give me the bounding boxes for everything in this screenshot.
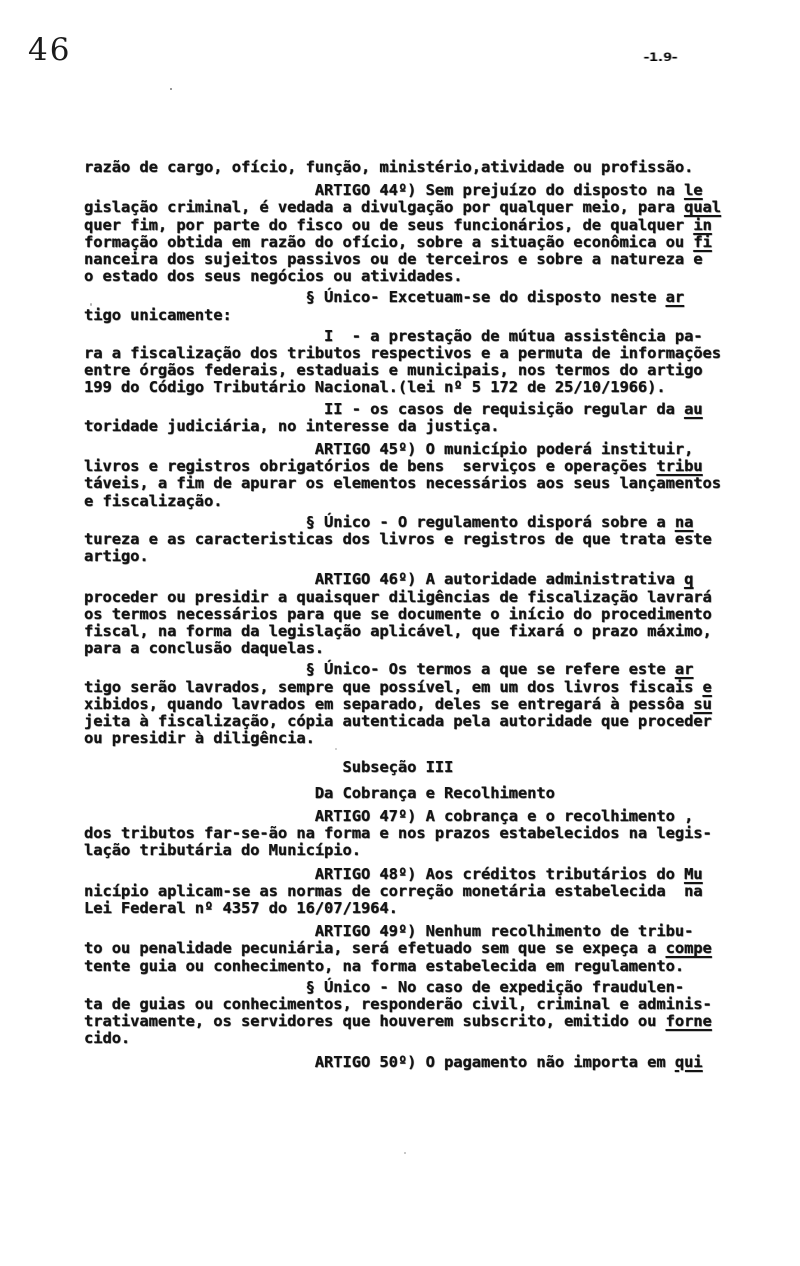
paragraph-sub: § Único- Excetuam-se do disposto neste a… [84,289,754,323]
hyphen-break-underline: q [684,570,693,588]
hyphen-break-underline: na [675,513,693,531]
text-line: razão de cargo, ofício, função, ministér… [84,159,754,176]
paragraph-text: razão de cargo, ofício, função, ministér… [84,159,754,176]
paragraph-article: ARTIGO 47º) A cobrança e o recolhimento … [84,808,754,860]
text-line: gislação criminal, é vedada a divulgação… [84,199,754,216]
paragraph-item: I - a prestação de mútua assistência pa-… [84,328,754,397]
scan-speck [404,1152,406,1154]
page-number: 46 [28,32,71,68]
text-line: 199 do Código Tributário Nacional.(lei n… [84,379,754,396]
text-line: dos tributos far-se-ão na forma e nos pr… [84,825,754,842]
scan-speck [90,303,92,306]
hyphen-break-underline: su [693,695,711,713]
text-line: Da Cobrança e Recolhimento [84,785,754,802]
text-line: entre órgãos federais, estaduais e munic… [84,362,754,379]
text-line: to ou penalidade pecuniária, será efetua… [84,940,754,957]
text-line: Subseção III [84,759,754,776]
text-line: ARTIGO 47º) A cobrança e o recolhimento … [84,808,754,825]
text-line: fiscal, na forma da legislação aplicável… [84,623,754,640]
scan-speck [170,88,172,90]
hyphen-break-underline: ar [666,288,684,306]
text-line: ARTIGO 44º) Sem prejuízo do disposto na … [84,182,754,199]
text-line: xibidos, quando lavrados em separado, de… [84,696,754,713]
hyphen-break-underline: compe [666,939,712,957]
typed-corner-page-mark: -1.9- [642,50,677,64]
text-line: cido. [84,1030,754,1047]
text-line: artigo. [84,548,754,565]
paragraph-item: II - os casos de requisição regular da a… [84,401,754,435]
hyphen-break-underline: forne [666,1012,712,1030]
text-line: Lei Federal nº 4357 do 16/07/1964. [84,900,754,917]
paragraph-sub: § Único - O regulamento disporá sobre a … [84,514,754,566]
text-line: ra a fiscalização dos tributos respectiv… [84,345,754,362]
text-line: ta de guias ou conhecimentos, responderã… [84,996,754,1013]
hyphen-break-underline: in [693,216,711,234]
hyphen-break-underline: e [703,678,712,696]
text-line: tigo unicamente: [84,307,754,324]
text-line: ARTIGO 48º) Aos créditos tributários do … [84,866,754,883]
text-line: quer fim, por parte do fisco ou de seus … [84,217,754,234]
paragraph-article: ARTIGO 49º) Nenhum recolhimento de tribu… [84,923,754,975]
text-line: proceder ou presidir a quaisquer diligên… [84,589,754,606]
text-line: § Único- Os termos a que se refere este … [84,661,754,678]
document-body: razão de cargo, ofício, função, ministér… [84,159,754,1071]
scan-speck [335,748,337,750]
paragraph-heading2: Da Cobrança e Recolhimento [84,785,754,802]
text-line: ARTIGO 46º) A autoridade administrativa … [84,571,754,588]
text-line: § Único- Excetuam-se do disposto neste a… [84,289,754,306]
text-line: tigo serão lavrados, sempre que possível… [84,679,754,696]
paragraph-article: ARTIGO 50º) O pagamento não importa em q… [84,1054,754,1071]
text-line: § Único - O regulamento disporá sobre a … [84,514,754,531]
text-line: tureza e as caracteristicas dos livros e… [84,531,754,548]
paragraph-sub: § Único - No caso de expedição fraudulen… [84,979,754,1048]
text-line: para a conclusão daquelas. [84,640,754,657]
text-line: táveis, a fim de apurar os elementos nec… [84,475,754,492]
hyphen-break-underline: ar [675,660,693,678]
hyphen-break-underline: le [684,181,702,199]
text-line: I - a prestação de mútua assistência pa- [84,328,754,345]
text-line: lação tributária do Município. [84,842,754,859]
paragraph-sub: § Único- Os termos a que se refere este … [84,661,754,747]
text-line: ARTIGO 50º) O pagamento não importa em q… [84,1054,754,1071]
paragraph-article: ARTIGO 46º) A autoridade administrativa … [84,571,754,657]
text-line: ARTIGO 45º) O município poderá instituir… [84,441,754,458]
text-line: e fiscalização. [84,493,754,510]
text-line: nanceira dos sujeitos passivos ou de ter… [84,251,754,268]
hyphen-break-underline: Mu [684,865,702,883]
document-page: 46 -1.9- razão de cargo, ofício, função,… [0,0,800,1266]
text-line: ARTIGO 49º) Nenhum recolhimento de tribu… [84,923,754,940]
text-line: os termos necessários para que se docume… [84,606,754,623]
text-line: toridade judiciária, no interesse da jus… [84,418,754,435]
text-line: ou presidir à diligência. [84,730,754,747]
text-line: tente guia ou conhecimento, na forma est… [84,958,754,975]
scan-speck [92,422,94,424]
hyphen-break-underline: qual [684,198,721,216]
text-line: o estado dos seus negócios ou atividades… [84,268,754,285]
paragraph-heading: Subseção III [84,759,754,776]
hyphen-break-underline: fi [693,233,711,251]
paragraph-article: ARTIGO 48º) Aos créditos tributários do … [84,866,754,918]
text-line: nicípio aplicam-se as normas de correção… [84,883,754,900]
text-line: trativamente, os servidores que houverem… [84,1013,754,1030]
hyphen-break-underline: tribu [656,457,702,475]
hyphen-break-underline: qui [675,1053,703,1071]
text-line: formação obtida em razão do ofício, sobr… [84,234,754,251]
text-line: § Único - No caso de expedição fraudulen… [84,979,754,996]
text-line: II - os casos de requisição regular da a… [84,401,754,418]
text-line: jeita à fiscalização, cópia autenticada … [84,713,754,730]
paragraph-article: ARTIGO 45º) O município poderá instituir… [84,441,754,510]
hyphen-break-underline: au [684,400,702,418]
text-line: livros e registros obrigatórios de bens … [84,458,754,475]
paragraph-article: ARTIGO 44º) Sem prejuízo do disposto na … [84,182,754,285]
